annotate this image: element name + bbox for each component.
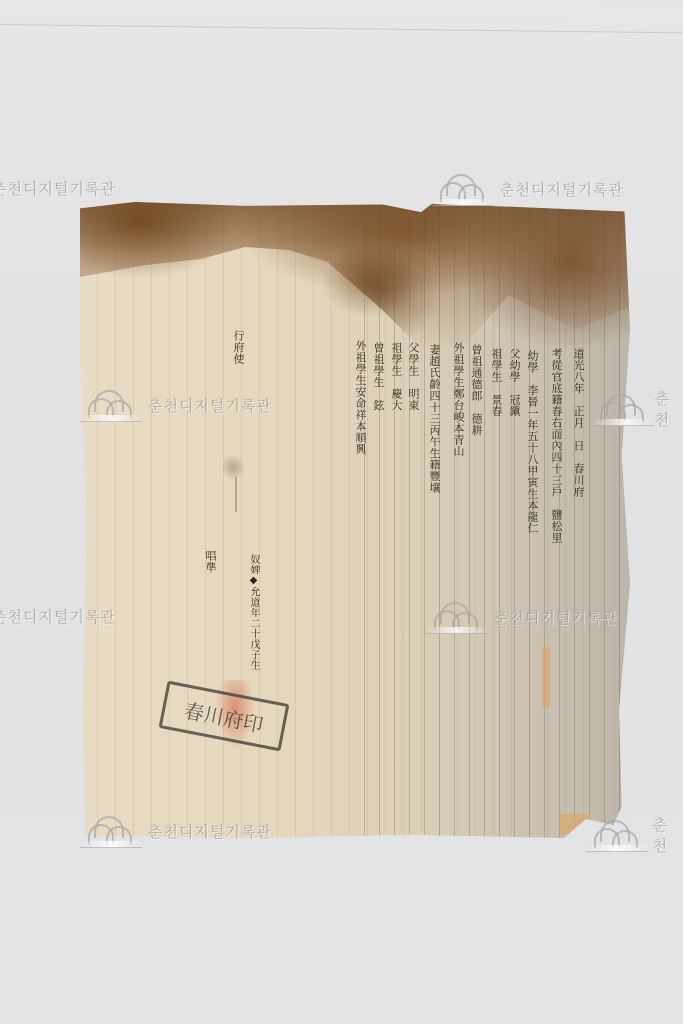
watermark: 춘천디지털기록관 [80,388,272,422]
archive-logo-icon [80,388,142,422]
watermark: 춘천디지털기록관 [0,178,116,199]
archive-logo-icon [426,600,488,634]
seal-text: 春川府印 [182,694,266,738]
slave-line: 奴婢◆允道年二十戊子生 [248,554,259,671]
signature-note: 唱準 [204,550,216,573]
paper-tear [542,647,550,707]
column-maternal-grandfather: 外祖學生鄭台峻本青山 [452,342,464,457]
column-wife-maternal-grandfather: 外祖學生安命祥本順興 [354,340,366,455]
watermark: 춘천디지털기록관 [80,814,272,848]
watermark: 춘천 [586,814,683,856]
column-great-grandfather: 曾祖通德郎 德耕 [470,344,482,436]
column-grandfather: 祖學生 景春 [490,348,502,417]
column-wife: 妻趙氏齡四十三丙午生籍豐壤 [428,344,440,494]
watermark: 춘천디지털기록관 [0,606,116,627]
column-wife-grandfather: 祖學生 慶大 [390,342,402,411]
official-note: 行府使 [232,330,244,365]
watermark: 춘천디지털기록관 [426,600,618,634]
archive-logo-icon [80,814,142,848]
watermark: 춘천디지털기록관 [432,172,624,206]
column-date: 道光八年 正月 日 春川府 [572,348,584,498]
document-paper: 道光八年 正月 日 春川府 考從官底籍春右面內四十三戶 鹽松里 幼學 李晉一年五… [80,202,630,838]
official-signature-mark [222,452,244,482]
watermark-text: 춘천디지털기록관 [148,821,272,842]
backdrop-edge [0,0,683,33]
watermark: 춘천 [592,388,683,430]
archive-logo-icon [432,172,494,206]
archive-logo-icon [586,818,647,852]
column-wife-great-grandfather: 曾祖學生 鉉 [372,342,384,411]
archive-logo-icon [592,392,649,426]
watermark-text: 춘천디지털기록관 [148,395,272,416]
watermark-text: 춘천디지털기록관 [500,179,624,200]
column-wife-father: 父學生 明東 [407,342,419,411]
official-signature-stroke [235,477,237,512]
watermark-text: 춘천 [655,388,683,430]
watermark-text: 춘천디지털기록관 [0,178,116,199]
watermark-text: 춘천 [653,814,683,856]
column-household-head: 考從官底籍春右面內四十三戶 鹽松里 [550,348,562,544]
watermark-text: 춘천디지털기록관 [494,607,618,628]
column-registrant: 幼學 李晉一年五十八甲寅生本龍仁 [526,350,538,534]
column-father: 父幼學 冠鎭 [508,348,520,417]
watermark-text: 춘천디지털기록관 [0,606,116,627]
